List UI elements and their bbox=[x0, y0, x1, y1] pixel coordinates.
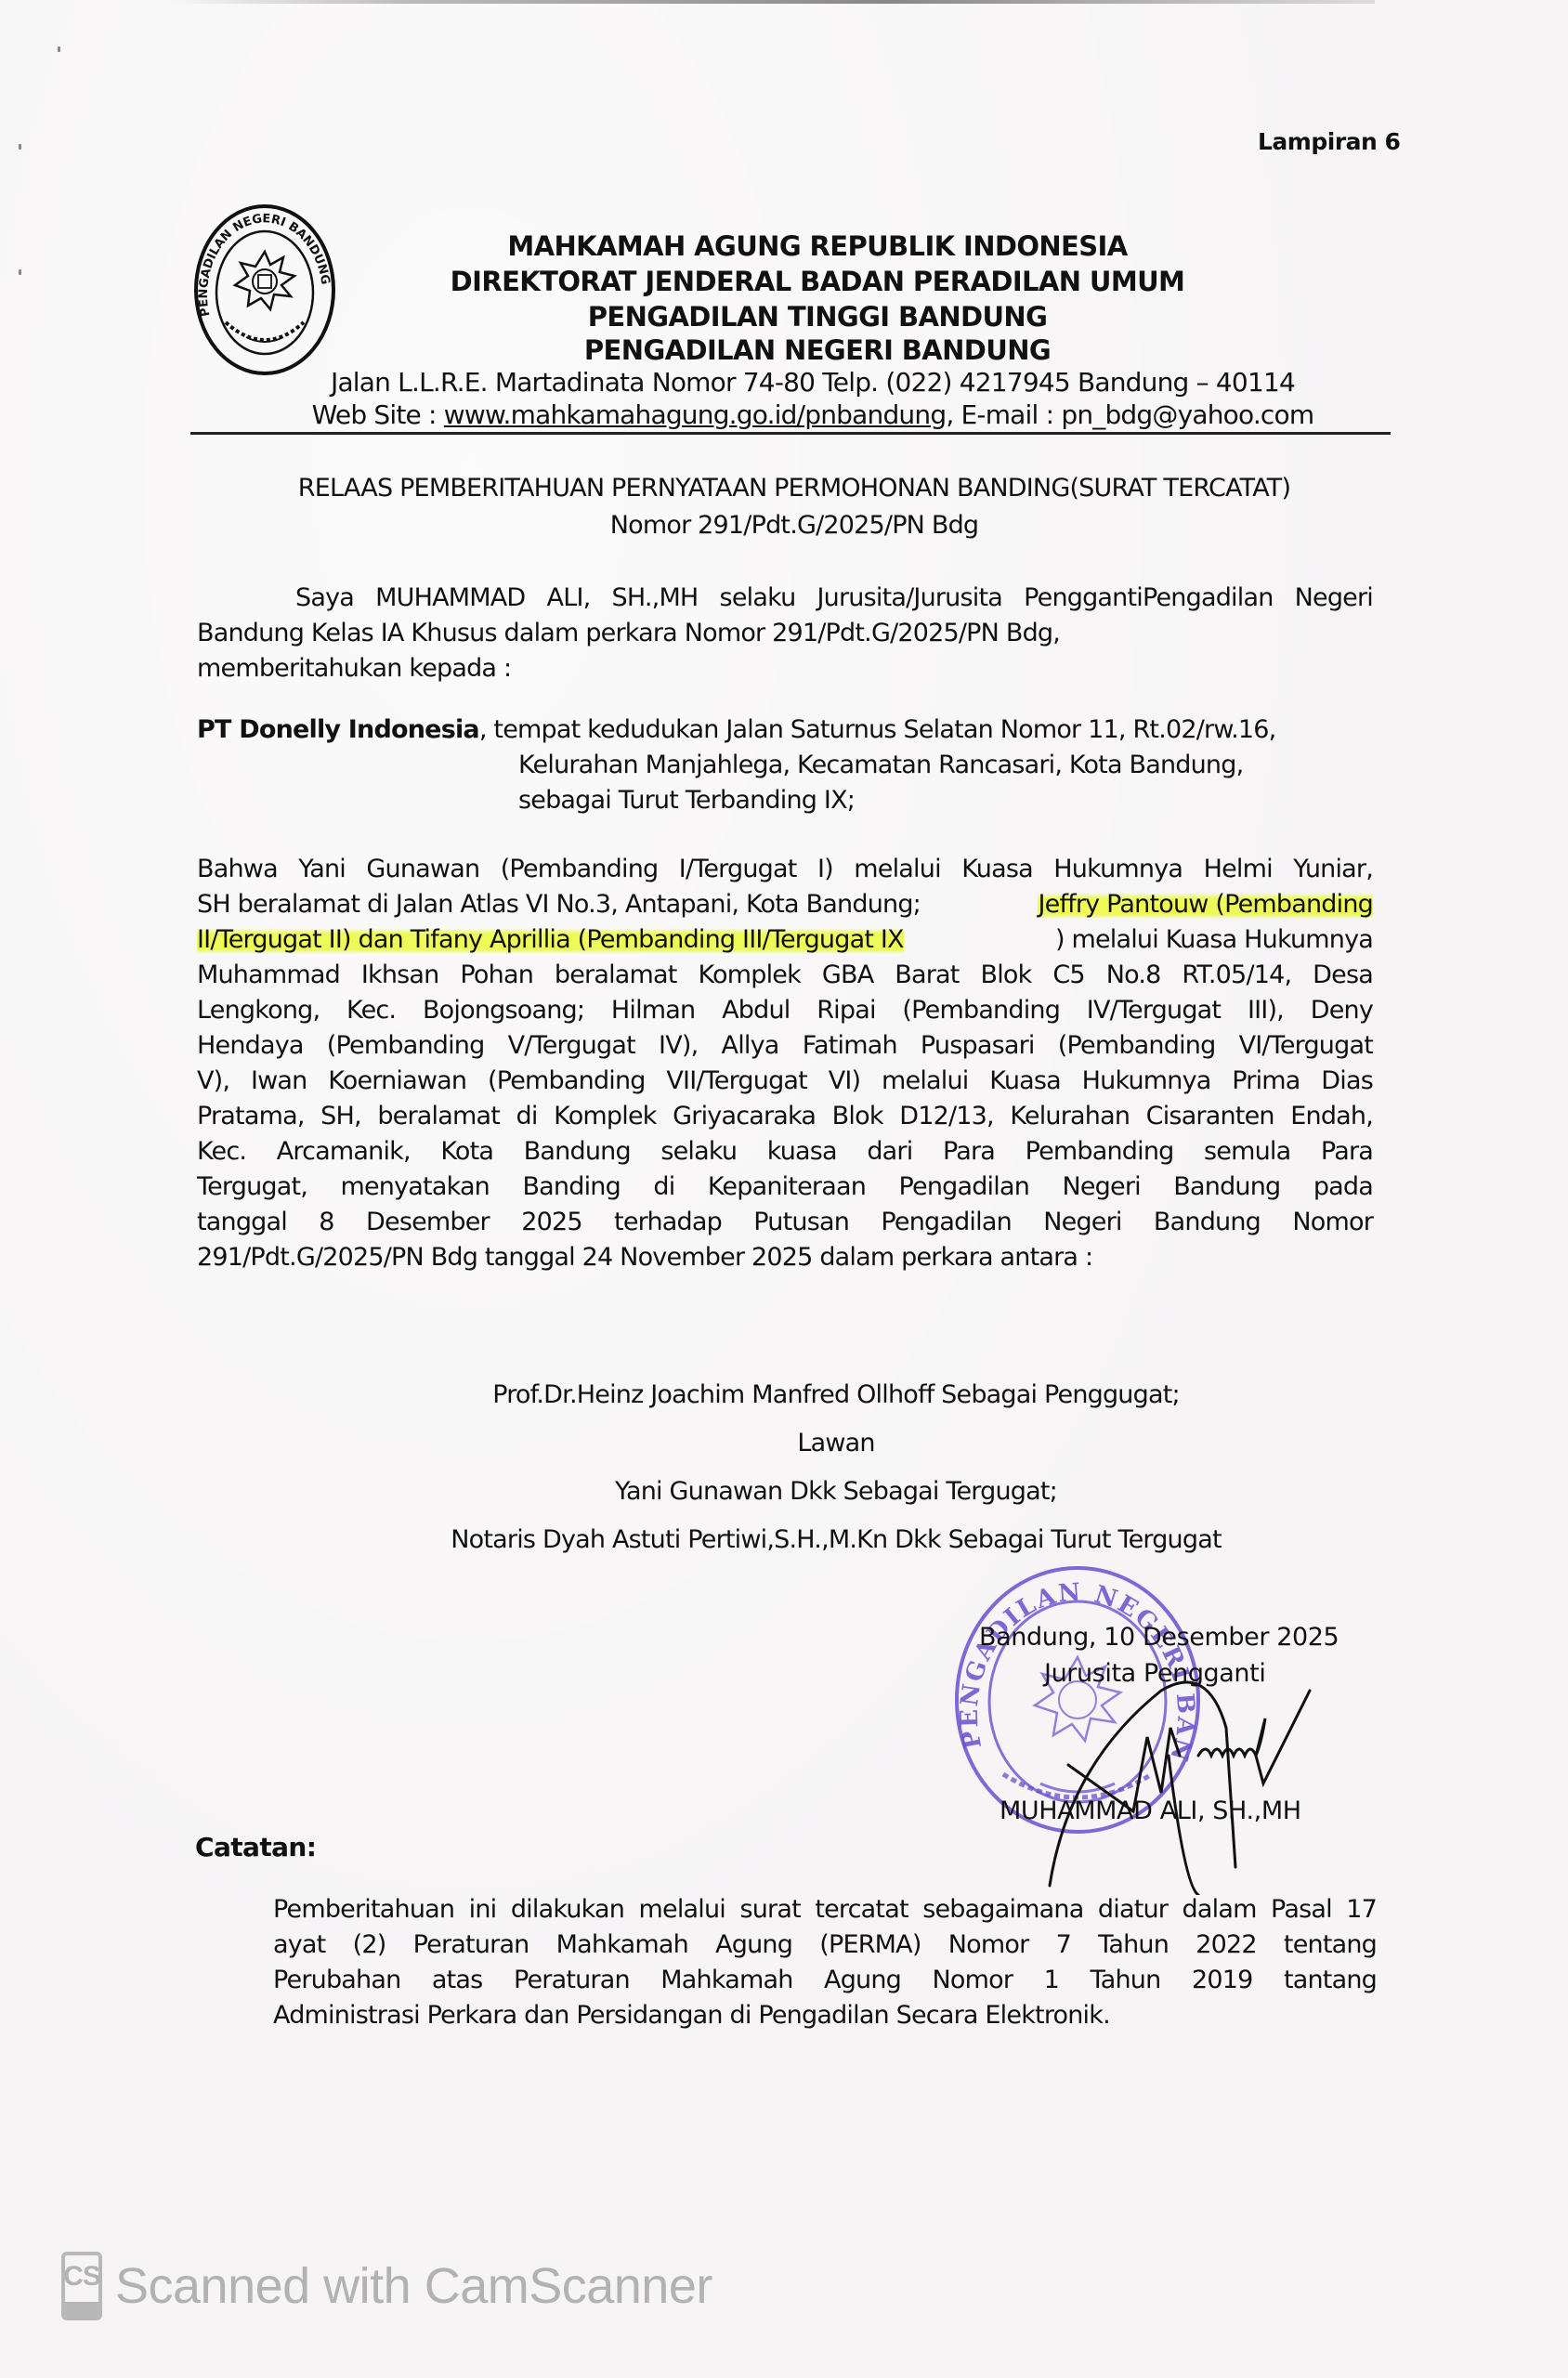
paragraph-line: Tergugat, menyatakan Banding di Kepanite… bbox=[197, 1172, 1373, 1201]
recipient-role: sebagai Turut Terbanding IX; bbox=[518, 786, 855, 815]
camscanner-logo-icon: CS bbox=[61, 2252, 102, 2320]
note-line: ayat (2) Peraturan Mahkamah Agung (PERMA… bbox=[273, 1930, 1377, 1959]
scan-edge-line bbox=[167, 0, 1375, 4]
document-number: Nomor 291/Pdt.G/2025/PN Bdg bbox=[195, 511, 1393, 540]
note-heading: Catatan: bbox=[195, 1832, 316, 1862]
paragraph-line: Muhammad Ikhsan Pohan beralamat Komplek … bbox=[197, 960, 1373, 989]
paragraph-line: 291/Pdt.G/2025/PN Bdg tanggal 24 Novembe… bbox=[197, 1243, 1092, 1272]
letterhead-line-4: PENGADILAN NEGERI BANDUNG bbox=[307, 334, 1328, 366]
letterhead-divider bbox=[190, 432, 1391, 435]
signature-icon bbox=[1013, 1653, 1319, 1895]
paragraph-line: Kec. Arcamanik, Kota Bandung selaku kuas… bbox=[197, 1137, 1373, 1166]
paragraph-line: Lengkong, Kec. Bojongsoang; Hilman Abdul… bbox=[197, 996, 1373, 1025]
document-page: Lampiran 6 PENGADILAN NEGERI BANDUNG MAH… bbox=[0, 0, 1568, 2378]
paragraph-line: II/Tergugat II) dan Tifany Aprillia (Pem… bbox=[197, 925, 1373, 954]
court-address: Jalan L.L.R.E. Martadinata Nomor 74-80 T… bbox=[279, 367, 1347, 398]
intro-line: Bandung Kelas IA Khusus dalam perkara No… bbox=[197, 619, 1060, 647]
letterhead-line-1: MAHKAMAH AGUNG REPUBLIK INDONESIA bbox=[307, 230, 1328, 262]
letterhead-line-2: DIREKTORAT JENDERAL BADAN PERADILAN UMUM bbox=[307, 266, 1328, 297]
note-line: Administrasi Perkara dan Persidangan di … bbox=[273, 2001, 1110, 2030]
camscanner-text: Scanned with CamScanner bbox=[115, 2257, 712, 2315]
scan-speck bbox=[19, 144, 21, 150]
co-defendant-line: Notaris Dyah Astuti Pertiwi,S.H.,M.Kn Dk… bbox=[279, 1525, 1393, 1554]
highlighted-text: Jeffry Pantouw (Pembanding bbox=[1038, 890, 1373, 919]
note-line: Pemberitahuan ini dilakukan melalui sura… bbox=[273, 1895, 1377, 1924]
court-contact: Web Site : www.mahkamahagung.go.id/pnban… bbox=[279, 399, 1347, 430]
document-title: RELAAS PEMBERITAHUAN PERNYATAAN PERMOHON… bbox=[195, 474, 1393, 503]
defendant-line: Yani Gunawan Dkk Sebagai Tergugat; bbox=[279, 1477, 1393, 1506]
scan-speck bbox=[19, 269, 21, 275]
paragraph-line: Bahwa Yani Gunawan (Pembanding I/Terguga… bbox=[197, 855, 1373, 883]
paragraph-line: V), Iwan Koerniawan (Pembanding VII/Terg… bbox=[197, 1066, 1373, 1095]
letterhead-line-3: PENGADILAN TINGGI BANDUNG bbox=[307, 301, 1328, 333]
email-label: , E-mail : bbox=[946, 399, 1061, 430]
paragraph-line: Pratama, SH, beralamat di Komplek Griyac… bbox=[197, 1102, 1373, 1130]
note-line: Perubahan atas Peraturan Mahkamah Agung … bbox=[273, 1966, 1377, 1994]
recipient-address: , tempat kedudukan Jalan Saturnus Selata… bbox=[479, 715, 1276, 744]
highlighted-text: II/Tergugat II) dan Tifany Aprillia (Pem… bbox=[197, 925, 904, 954]
email-address: pn_bdg@yahoo.com bbox=[1061, 399, 1313, 430]
intro-line: Saya MUHAMMAD ALI, SH.,MH selaku Jurusit… bbox=[295, 583, 1373, 612]
attachment-label: Lampiran 6 bbox=[1258, 128, 1400, 155]
website-link[interactable]: www.mahkamahagung.go.id/pnbandung bbox=[444, 399, 947, 430]
intro-line: memberitahukan kepada : bbox=[197, 654, 511, 683]
recipient-name: PT Donelly Indonesia bbox=[197, 715, 479, 744]
paragraph-line: Hendaya (Pembanding V/Tergugat IV), Ally… bbox=[197, 1031, 1373, 1060]
paragraph-line: SH beralamat di Jalan Atlas VI No.3, Ant… bbox=[197, 890, 1373, 919]
camscanner-watermark: CS Scanned with CamScanner bbox=[61, 2252, 712, 2320]
plaintiff-line: Prof.Dr.Heinz Joachim Manfred Ollhoff Se… bbox=[279, 1380, 1393, 1409]
signature-place-date: Bandung, 10 Desember 2025 bbox=[979, 1623, 1339, 1652]
recipient-address-line: Kelurahan Manjahlega, Kecamatan Rancasar… bbox=[518, 751, 1243, 779]
website-label: Web Site : bbox=[312, 399, 444, 430]
paragraph-line: tanggal 8 Desember 2025 terhadap Putusan… bbox=[197, 1208, 1373, 1236]
versus-line: Lawan bbox=[279, 1429, 1393, 1457]
scan-speck bbox=[58, 46, 60, 52]
signatory-name: MUHAMMAD ALI, SH.,MH bbox=[1000, 1797, 1301, 1825]
